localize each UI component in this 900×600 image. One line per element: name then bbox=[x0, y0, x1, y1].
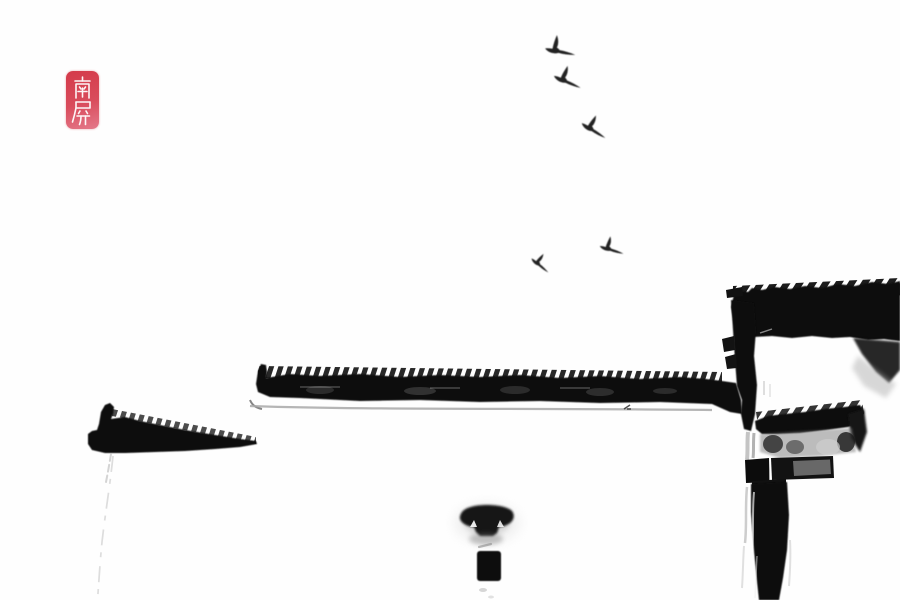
bird-icon bbox=[599, 235, 626, 255]
seal-char-top-glyph bbox=[75, 77, 90, 98]
seal-stamp: 南 屏 bbox=[66, 71, 99, 129]
right-roof-corner-wedge bbox=[852, 338, 900, 398]
right-wall-corner bbox=[722, 300, 757, 460]
seal-glyphs bbox=[66, 71, 99, 129]
wall-beam bbox=[745, 456, 834, 483]
wall-faint-marks bbox=[764, 381, 770, 397]
ink-scene bbox=[0, 0, 900, 600]
left-eave bbox=[88, 403, 257, 482]
birds-flock bbox=[530, 34, 626, 273]
artwork-canvas: 南 屏 bbox=[0, 0, 900, 600]
corner-ink-column bbox=[742, 479, 790, 600]
drip-mark bbox=[106, 454, 111, 482]
main-roof-ridge bbox=[256, 364, 742, 414]
chimney-base bbox=[477, 551, 501, 599]
roof-speck bbox=[624, 405, 631, 409]
chimney-cap bbox=[453, 502, 521, 547]
bird-icon bbox=[530, 250, 555, 273]
bird-icon bbox=[553, 63, 586, 89]
bird-icon bbox=[545, 34, 577, 55]
bird-icon bbox=[580, 111, 612, 138]
wall-edge-line bbox=[98, 456, 114, 600]
seal-char-bottom-glyph bbox=[73, 102, 91, 125]
